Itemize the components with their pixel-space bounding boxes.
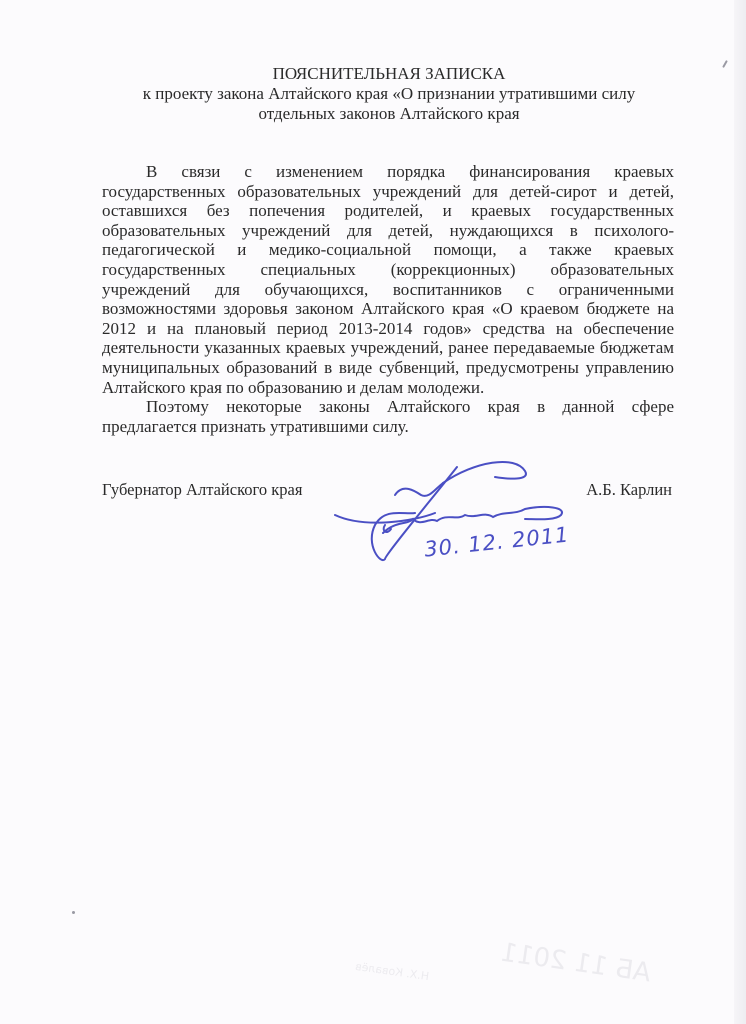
signatory-role: Губернатор Алтайского края (102, 480, 302, 500)
document-subtitle-line1: к проекту закона Алтайского края «О приз… (100, 84, 678, 104)
document-header: ПОЯСНИТЕЛЬНАЯ ЗАПИСКА к проекту закона А… (100, 64, 678, 124)
scan-edge (734, 0, 746, 1024)
show-through-text: Н.Х. Ковалёв (354, 960, 429, 983)
document-page: ПОЯСНИТЕЛЬНАЯ ЗАПИСКА к проекту закона А… (0, 0, 746, 1024)
document-title: ПОЯСНИТЕЛЬНАЯ ЗАПИСКА (100, 64, 678, 84)
document-body: В связи с изменением порядка финансирова… (102, 162, 674, 436)
scan-speck (72, 911, 75, 914)
paragraph: Поэтому некоторые законы Алтайского края… (102, 397, 674, 436)
signatory-name: А.Б. Карлин (586, 480, 672, 500)
scan-speck (722, 60, 728, 68)
document-subtitle-line2: отдельных законов Алтайского края (100, 104, 678, 124)
paragraph: В связи с изменением порядка финансирова… (102, 162, 674, 397)
show-through-text: АБ 11 2011 (499, 938, 653, 989)
